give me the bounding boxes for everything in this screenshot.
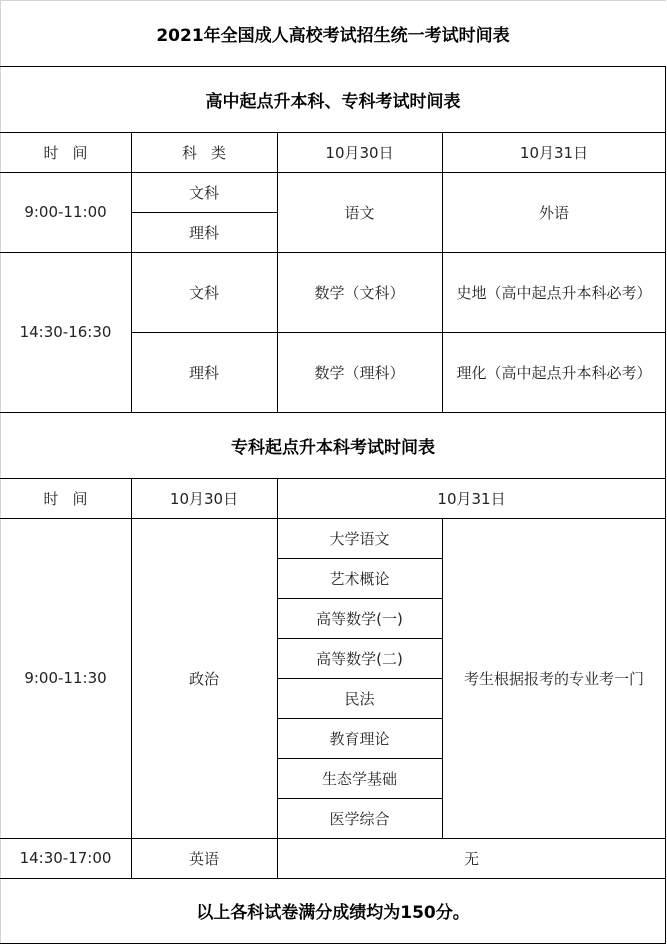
s2-subject-item: 医学综合 — [277, 798, 442, 838]
s2-subject-item: 大学语文 — [277, 518, 442, 558]
s2-subject-item: 高等数学(一) — [277, 598, 442, 638]
document-title: 2021年全国成人高校考试招生统一考试时间表 — [0, 0, 666, 66]
border-right — [665, 66, 666, 944]
s1-row2-time: 14:30-16:30 — [0, 252, 131, 412]
s2-row1-oct31-note: 考生根据报考的专业考一门 — [442, 518, 666, 838]
s2-subject-item: 教育理论 — [277, 718, 442, 758]
section2-title: 专科起点升本科考试时间表 — [0, 412, 666, 478]
s1-row3-category: 理科 — [131, 332, 277, 412]
section1-title: 高中起点升本科、专科考试时间表 — [0, 66, 666, 132]
s2-subject-item: 高等数学(二) — [277, 638, 442, 678]
s1-row3-oct30: 数学（理科） — [277, 332, 442, 412]
s2-header-oct31: 10月31日 — [277, 478, 666, 518]
s2-row2-oct30: 英语 — [131, 838, 277, 878]
s1-row1-time: 9:00-11:00 — [0, 172, 131, 252]
divider — [277, 132, 278, 412]
border-bottom — [0, 943, 666, 944]
s1-row1-oct31: 外语 — [442, 172, 666, 252]
s2-subject-item: 艺术概论 — [277, 558, 442, 598]
s1-row1-category-arts: 文科 — [131, 172, 277, 212]
s1-header-category: 科类 — [131, 132, 277, 172]
divider — [442, 518, 443, 838]
s2-row2-oct31: 无 — [277, 838, 666, 878]
s2-header-oct30: 10月30日 — [131, 478, 277, 518]
s2-header-time: 时间 — [0, 478, 131, 518]
s1-header-time: 时间 — [0, 132, 131, 172]
s2-row2-time: 14:30-17:00 — [0, 838, 131, 878]
divider — [131, 478, 132, 878]
divider — [442, 132, 443, 412]
s1-header-oct30: 10月30日 — [277, 132, 442, 172]
s1-header-oct31: 10月31日 — [442, 132, 666, 172]
s2-row1-time: 9:00-11:30 — [0, 518, 131, 838]
s1-row2-oct31: 史地（高中起点升本科必考） — [442, 252, 666, 332]
s2-row1-oct30: 政治 — [131, 518, 277, 838]
s2-subject-item: 民法 — [277, 678, 442, 718]
divider — [277, 478, 278, 878]
s1-row1-oct30: 语文 — [277, 172, 442, 252]
s1-row3-oct31: 理化（高中起点升本科必考） — [442, 332, 666, 412]
s1-row1-category-science: 理科 — [131, 212, 277, 252]
footer-note: 以上各科试卷满分成绩均为150分。 — [0, 878, 666, 943]
s1-row2-category: 文科 — [131, 252, 277, 332]
s1-row2-oct30: 数学（文科） — [277, 252, 442, 332]
divider — [131, 132, 132, 412]
s2-subject-item: 生态学基础 — [277, 758, 442, 798]
